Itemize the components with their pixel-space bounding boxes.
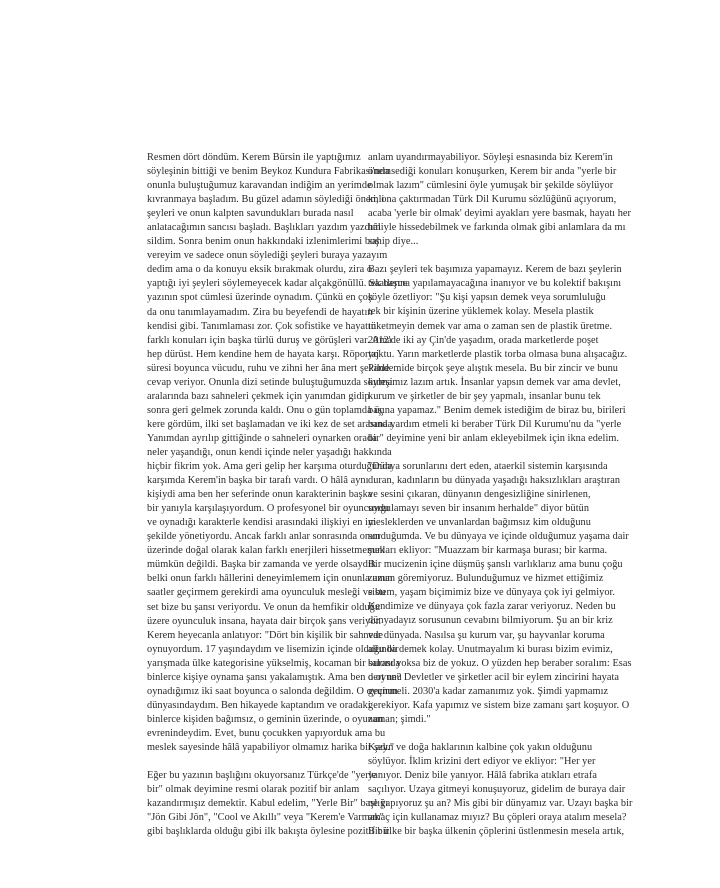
paragraph-spacer	[368, 446, 612, 460]
text-line: kurum ve şirketler de bir şey yapmalı, i…	[368, 390, 612, 404]
text-line: dünyasındaydım. Ben hikayede kaptandım v…	[147, 699, 361, 713]
text-line: yaptığı iyi şeyleri söylemeyecek kadar a…	[147, 277, 361, 291]
text-line: üzere oyunculuk insana, hayata dair birç…	[147, 615, 361, 629]
article-paragraph: "Dünya sorunlarını dert eden, ataerkil s…	[368, 460, 612, 727]
text-line: hâliyle hissedebilmek ve farkında olmak …	[368, 221, 612, 235]
text-line: sahip diye...	[368, 235, 612, 249]
text-line: mümkün değildi. Başka bir zamanda ve yer…	[147, 558, 361, 572]
text-line: da onu tanımlayamadım. Zira bu beyefendi…	[147, 306, 361, 320]
text-line: Yanımdan ayrılıp gittiğinde o sahneleri …	[147, 432, 361, 446]
text-line: zaman; şimdi."	[368, 713, 612, 727]
text-line: yoktu. Yarın marketlerde plastik torba o…	[368, 348, 612, 362]
text-line: oynuyordum. 17 yaşındaydım ve lisemizin …	[147, 643, 361, 657]
text-line: kendisi gibi. Tanımlaması zor. Çok sofis…	[147, 320, 361, 334]
text-line: cevap veriyor. Onunla dizi setinde buluş…	[147, 376, 361, 390]
text-line: Pandemide birçok şeye alıştık mesela. Bu…	[368, 362, 612, 376]
paragraph-spacer	[368, 727, 612, 741]
text-line: var dünyada. Nasılsa şu kurum var, şu ha…	[368, 629, 612, 643]
text-line: süresi boyunca vücudu, ruhu ve zihni her…	[147, 362, 361, 376]
text-line: karşımda Kerem'in başka bir tarafı vardı…	[147, 474, 361, 488]
article-column-right: anlam uyandırmayabiliyor. Söyleşi esnası…	[368, 151, 612, 839]
text-line: vereyim ve sadece onun söylediği şeyleri…	[147, 249, 361, 263]
text-line: hep dürüst. Hem kendine hem de hayata ka…	[147, 348, 361, 362]
text-line: gibi başlıklarda olduğu gibi ilk bakışta…	[147, 825, 361, 839]
text-line: zaman göremiyoruz. Bulunduğumuz ve hizme…	[368, 572, 612, 586]
text-line: belki onun farklı hâllerini deneyimlemem…	[147, 572, 361, 586]
text-line: Resmen dört döndüm. Kerem Bürsin ile yap…	[147, 151, 361, 165]
text-line: neler yaşandığı, onun kendi içinde neler…	[147, 446, 361, 460]
text-line: binlerce kişiye oynama şansı yakalamıştı…	[147, 671, 361, 685]
text-line: "Jön Gibi Jön", "Cool ve Akıllı" veya "K…	[147, 811, 361, 825]
text-line: bana yardım etmeli ki beraber Türk Dil K…	[368, 418, 612, 432]
text-line: Eğer bu yazının başlığını okuyorsanız Tü…	[147, 769, 361, 783]
text-line: gerekiyor. Kafa yapımız ve sistem bize z…	[368, 699, 612, 713]
text-line: hiçbir fikrim yok. Ama geri gelip her ka…	[147, 460, 361, 474]
text-line: önemsediği konuları konuşurken, Kerem bi…	[368, 165, 612, 179]
text-line: anlatacağımın sancısı başladı. Başlıklar…	[147, 221, 361, 235]
text-line: yazının spot cümlesi üzerinde oynadım. Ç…	[147, 291, 361, 305]
text-line: Kendimize ve dünyaya çok fazla zarar ver…	[368, 600, 612, 614]
text-line: dünyadayız sorusunun cevabını bilmiyorum…	[368, 614, 612, 628]
text-line: Bazı şeyleri tek başımıza yapamayız. Ker…	[368, 263, 612, 277]
text-line: kazandırmışız demektir. Kabul edelim, "Y…	[147, 797, 361, 811]
text-line: bir yanıyla karşılaşıyordum. O profesyon…	[147, 502, 361, 516]
text-line: mesleklerden ve unvanlardan bağımsız kim…	[368, 516, 612, 530]
text-line: saatler geçirmem gerekirdi ama oyunculuk…	[147, 586, 361, 600]
text-line: olmak lazım" cümlesini öyle yumuşak bir …	[368, 179, 612, 193]
text-line: 2012'de iki ay Çin'de yaşadım, orada mar…	[368, 334, 612, 348]
article-paragraph: Eğer bu yazının başlığını okuyorsanız Tü…	[147, 769, 361, 839]
text-line: şunları ekliyor: "Muazzam bir karmaşa bu…	[368, 544, 612, 558]
text-line: şöyle özetliyor: "Şu kişi yapsın demek v…	[368, 291, 612, 305]
text-line: binlerce kişiden bağımsız, o geminin üze…	[147, 713, 361, 727]
text-line: "Dünya sorunlarını dert eden, ataerkil s…	[368, 460, 612, 474]
text-line: onunla buluştuğumuz karavandan indiğim a…	[147, 179, 361, 193]
article-paragraph: Bazı şeyleri tek başımıza yapamayız. Ker…	[368, 263, 612, 446]
text-line: sonra geri gelmek zorunda kaldı. Onu o g…	[147, 404, 361, 418]
text-line: kıvranmaya başladım. Bu güzel adamın söy…	[147, 193, 361, 207]
text-line: ki, ona çaktırmadan Türk Dil Kurumu sözl…	[368, 193, 612, 207]
text-line: ne yapıyoruz şu an? Mis gibi bir dünyamı…	[368, 797, 612, 811]
text-line: Kadın ve doğa haklarının kalbine çok yak…	[368, 741, 612, 755]
text-line: dert ne? Devletler ve şirketler acil bir…	[368, 671, 612, 685]
text-line: üzerinde doğal olarak kalan farklı enerj…	[147, 544, 361, 558]
paragraph-spacer	[368, 249, 612, 263]
text-line: evrenindeydim. Evet, bunu çocukken yapıy…	[147, 727, 361, 741]
text-line: sistem, yaşam biçimimiz bize ve dünyaya …	[368, 586, 612, 600]
text-line: Bir mucizenin içine düşmüş şanslı varlık…	[368, 558, 612, 572]
magazine-page: Resmen dört döndüm. Kerem Bürsin ile yap…	[0, 0, 720, 888]
text-line: duran, kadınların bu dünyada yaşadığı ha…	[368, 474, 612, 488]
text-line: anlam uyandırmayabiliyor. Söyleşi esnası…	[368, 151, 612, 165]
text-line: amaç için kullanamaz mıyız? Bu çöpleri o…	[368, 811, 612, 825]
text-line: set bize bu şansı veriyordu. Ve onun da …	[147, 601, 361, 615]
article-paragraph: Kadın ve doğa haklarının kalbine çok yak…	[368, 741, 612, 839]
text-line: başına yapamaz." Benim demek istediğim d…	[368, 404, 612, 418]
text-line: söyleşinin bittiği ve benim Beykoz Kundu…	[147, 165, 361, 179]
text-line: kişiydi ama ben her seferinde onun karak…	[147, 488, 361, 502]
text-line: söylüyor. İklim krizini dert ediyor ve e…	[368, 755, 612, 769]
text-line: aralarında bazı sahneleri çekmek için ya…	[147, 390, 361, 404]
text-line: bir" deyimine yeni bir anlam ekleyebilme…	[368, 432, 612, 446]
text-line: kere gördüm, ilki set başlamadan ve iki …	[147, 418, 361, 432]
text-line: ve sesini çıkaran, dünyanın dengesizliği…	[368, 488, 612, 502]
text-line: şekilde yönetiyordu. Ancak farklı anlar …	[147, 530, 361, 544]
text-line: burası yoksa biz de yokuz. O yüzden hep …	[368, 657, 612, 671]
article-paragraph: anlam uyandırmayabiliyor. Söyleşi esnası…	[368, 151, 612, 249]
text-line: yanıyor. Deniz bile yanıyor. Hâlâ fabrik…	[368, 769, 612, 783]
text-line: sorgulamayı seven bir insanım herhalde" …	[368, 502, 612, 516]
text-line: yarışmada ülke kategorisine yükselmiş, k…	[147, 657, 361, 671]
text-line: tek bir kişinin üzerine yüklemek kolay. …	[368, 305, 612, 319]
article-paragraph: Resmen dört döndüm. Kerem Bürsin ile yap…	[147, 151, 361, 755]
text-line: saçılıyor. Uzaya gitmeyi konuşuyoruz, gi…	[368, 783, 612, 797]
text-line: tek başına yapılamayacağına inanıyor ve …	[368, 277, 612, 291]
text-line: şeyleri ve onun kalpten savundukları bur…	[147, 207, 361, 221]
text-line: altında demek kolay. Unutmayalım ki bura…	[368, 643, 612, 657]
text-line: sorduğumda. Ve bu dünyaya ve içinde oldu…	[368, 530, 612, 544]
text-line: sildim. Sonra benim onun hakkındaki izle…	[147, 235, 361, 249]
text-line: Bir ülke bir başka ülkenin çöplerini üst…	[368, 825, 612, 839]
text-line: dedim ama o da konuyu eksik bırakmak olu…	[147, 263, 361, 277]
text-line: Kerem heyecanla anlatıyor: "Dört bin kiş…	[147, 629, 361, 643]
article-column-left: Resmen dört döndüm. Kerem Bürsin ile yap…	[147, 151, 361, 839]
text-line: acaba 'yerle bir olmak' deyimi ayakları …	[368, 207, 612, 221]
text-line: bir" olmak deyimine resmi olarak pozitif…	[147, 783, 361, 797]
text-line: ve oynadığı karakterle kendisi arasındak…	[147, 516, 361, 530]
text-line: meslek sayesinde hâlâ yapabiliyor olmamı…	[147, 741, 361, 755]
text-line: farklı konuları için başka türlü duruş v…	[147, 334, 361, 348]
text-line: tüketmeyin demek var ama o zaman sen de …	[368, 320, 612, 334]
paragraph-spacer	[147, 755, 361, 769]
text-line: geçirmeli. 2030'a kadar zamanımız yok. Ş…	[368, 685, 612, 699]
text-line: kırmamız lazım artık. İnsanlar yapsın de…	[368, 376, 612, 390]
text-line: oynadığımız iki saat boyunca o salonda d…	[147, 685, 361, 699]
